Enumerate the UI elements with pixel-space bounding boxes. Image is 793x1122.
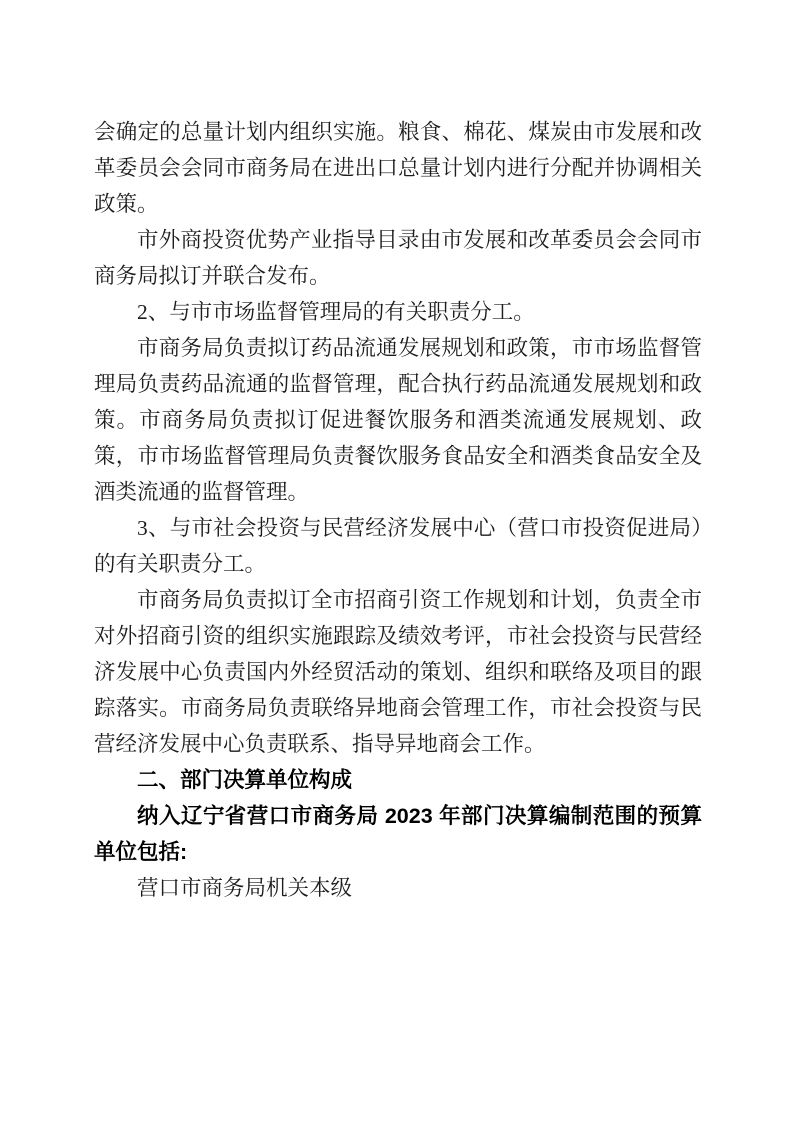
paragraph-bold: 纳入辽宁省营口市商务局 2023 年部门决算编制范围的预算单位包括: <box>94 798 702 870</box>
paragraph: 市外商投资优势产业指导目录由市发展和改革委员会会同市商务局拟订并联合发布。 <box>94 222 702 294</box>
document-body: 会确定的总量计划内组织实施。粮食、棉花、煤炭由市发展和改革委员会会同市商务局在进… <box>94 114 702 906</box>
paragraph: 3、与市社会投资与民营经济发展中心（营口市投资促进局）的有关职责分工。 <box>94 510 702 582</box>
paragraph: 市商务局负责拟订药品流通发展规划和政策，市市场监督管理局负责药品流通的监督管理，… <box>94 330 702 510</box>
paragraph: 市商务局负责拟订全市招商引资工作规划和计划，负责全市对外招商引资的组织实施跟踪及… <box>94 582 702 762</box>
paragraph: 营口市商务局机关本级 <box>94 870 702 906</box>
document-page: 会确定的总量计划内组织实施。粮食、棉花、煤炭由市发展和改革委员会会同市商务局在进… <box>0 0 793 1122</box>
section-heading: 二、部门决算单位构成 <box>94 762 702 798</box>
paragraph: 2、与市市场监督管理局的有关职责分工。 <box>94 294 702 330</box>
paragraph: 会确定的总量计划内组织实施。粮食、棉花、煤炭由市发展和改革委员会会同市商务局在进… <box>94 114 702 222</box>
